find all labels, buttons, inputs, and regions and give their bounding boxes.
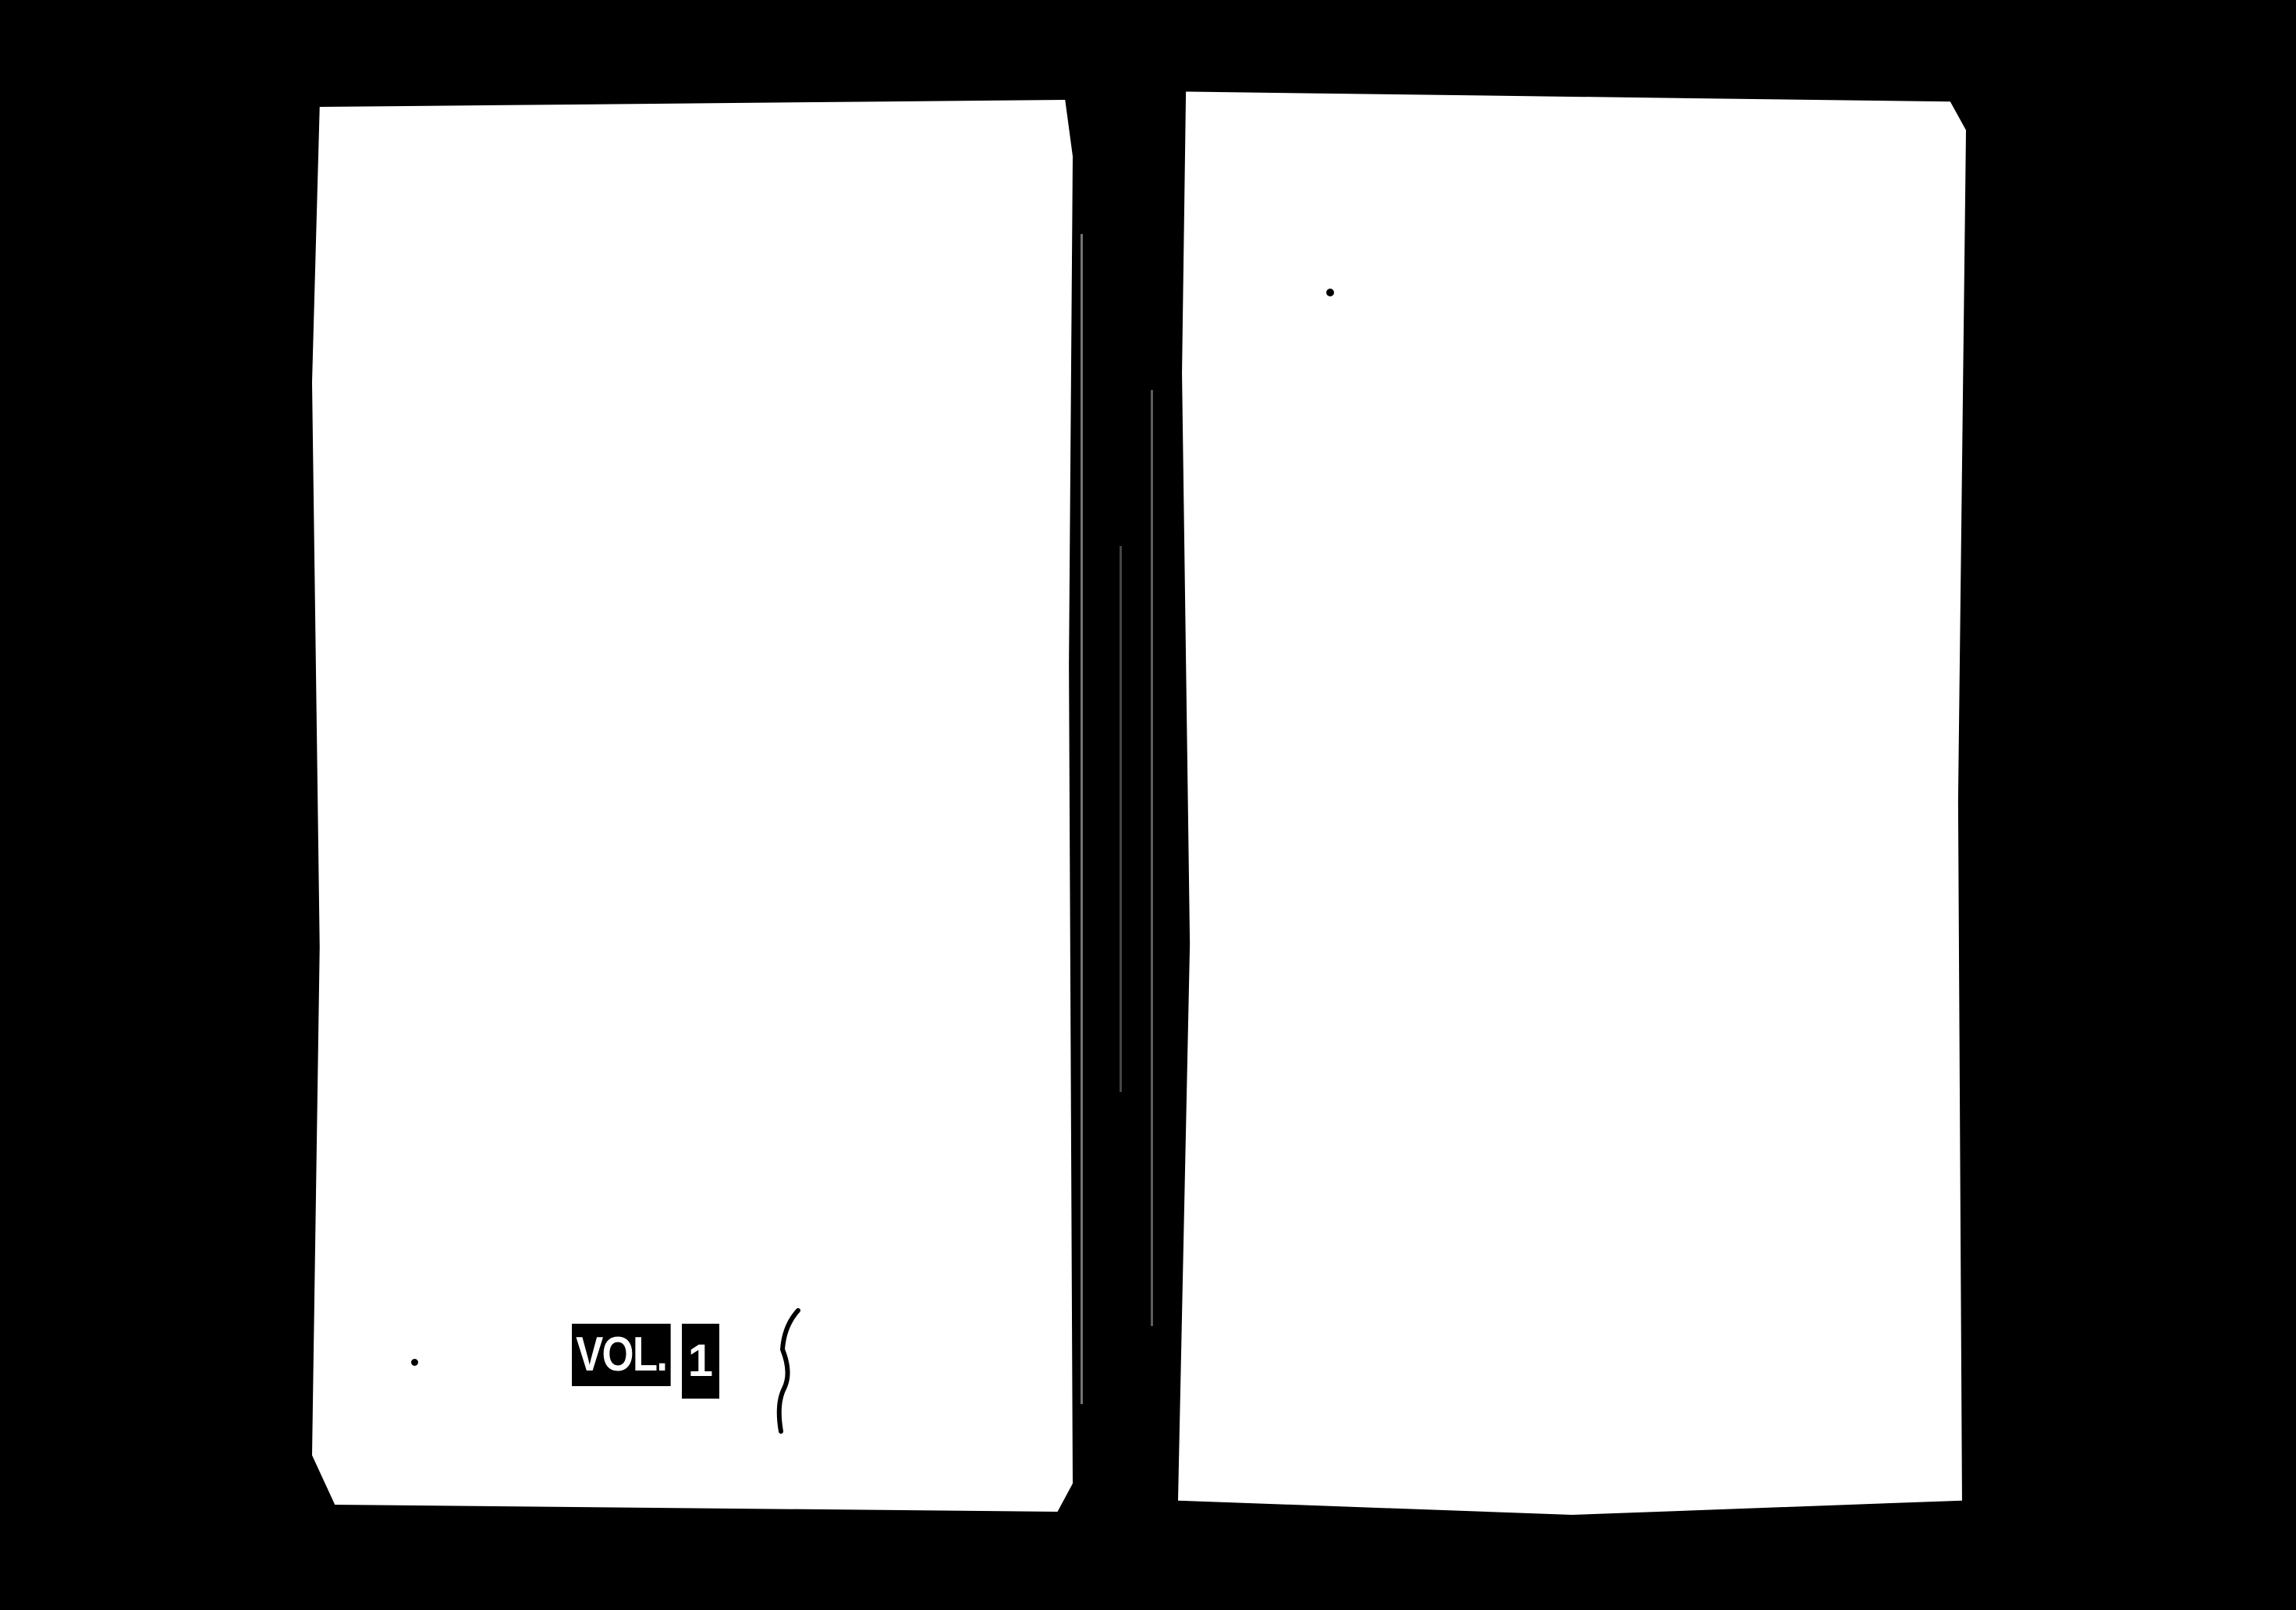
pen-squiggle-mark <box>761 1295 807 1435</box>
ink-speck <box>1326 289 1334 296</box>
book-spine <box>1073 78 1178 1529</box>
volume-stamp-number: 1 <box>682 1324 719 1399</box>
left-page <box>312 100 1073 1512</box>
ink-speck <box>411 1359 418 1366</box>
volume-stamp-label: VOL. <box>572 1324 670 1386</box>
volume-stamp: VOL. 1 <box>572 1324 719 1386</box>
right-page <box>1178 87 1966 1515</box>
